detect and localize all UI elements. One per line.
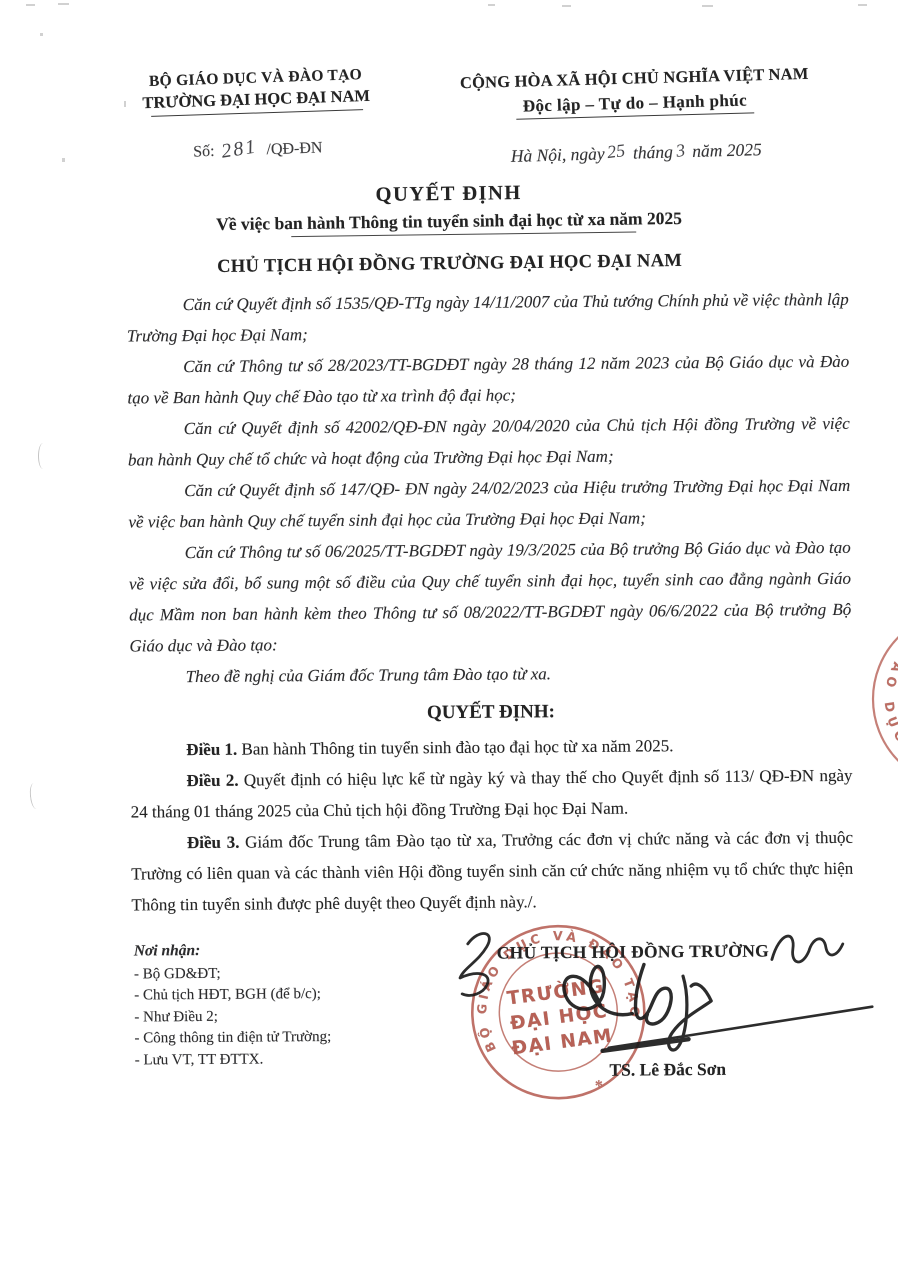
document-footer: Nơi nhận: - Bộ GD&ĐT; - Chủ tịch HĐT, BG… [132, 929, 856, 1160]
dateline-suffix: năm 2025 [692, 139, 762, 161]
signature-left-flourish [460, 933, 490, 995]
article-2: Điều 2. Quyết định có hiệu lực kể từ ngà… [130, 760, 852, 828]
document-body: Căn cứ Quyết định số 1535/QĐ-TTg ngày 14… [127, 284, 854, 921]
document-page: BỘ GIÁO DỤC VÀ ĐÀO TẠO TRƯỜNG ĐẠI HỌC ĐẠ… [0, 0, 898, 1267]
decision-heading: QUYẾT ĐỊNH: [130, 694, 852, 731]
recital-paragraph: Theo đề nghị của Giám đốc Trung tâm Đào … [130, 656, 852, 693]
recipients-block: Nơi nhận: - Bộ GD&ĐT; - Chủ tịch HĐT, BG… [134, 939, 332, 1072]
article-2-text: Quyết định có hiệu lực kể từ ngày ký và … [131, 766, 853, 822]
recital-paragraph: Căn cứ Quyết định số 1535/QĐ-TTg ngày 14… [127, 284, 849, 352]
article-3-text: Giám đốc Trung tâm Đào tạo từ xa, Trưởng… [131, 828, 853, 915]
place-dateline: Hà Nội, ngày25 tháng3 năm 2025 [420, 137, 852, 170]
dateline-day-handwritten: 25 [606, 140, 626, 163]
recipient-item: - Công thông tin điện tử Trường; [134, 1027, 331, 1050]
issuing-authority-title: CHỦ TỊCH HỘI ĐỒNG TRƯỜNG ĐẠI HỌC ĐẠI NAM [1, 248, 898, 281]
recipient-item: - Lưu VT, TT ĐTTX. [135, 1048, 332, 1071]
article-1-label: Điều 1. [186, 740, 237, 759]
document-number-label: Số: [193, 143, 215, 161]
document-number-handwritten: 281 [220, 135, 259, 163]
article-3-label: Điều 3. [187, 833, 240, 852]
article-1-text: Ban hành Thông tin tuyển sinh đào tạo đạ… [241, 736, 673, 758]
document-header: BỘ GIÁO DỤC VÀ ĐÀO TẠO TRƯỜNG ĐẠI HỌC ĐẠ… [0, 0, 898, 169]
recipients-label: Nơi nhận: [134, 939, 331, 962]
recital-paragraph: Căn cứ Thông tư số 06/2025/TT-BGDĐT ngày… [129, 532, 852, 662]
article-2-label: Điều 2. [186, 771, 238, 790]
dateline-month-handwritten: 3 [674, 140, 686, 162]
recital-paragraph: Căn cứ Thông tư số 28/2023/TT-BGDĐT ngày… [127, 346, 849, 414]
title-block: QUYẾT ĐỊNH Về việc ban hành Thông tin tu… [0, 177, 898, 281]
recital-paragraph: Căn cứ Quyết định số 147/QĐ- ĐN ngày 24/… [128, 470, 850, 538]
signature-main-loop [635, 964, 671, 1024]
signature-main-loop [564, 966, 633, 1015]
document-number-suffix: /QĐ-ĐN [266, 139, 323, 158]
dateline-mid: tháng [633, 142, 673, 163]
signer-name: TS. Lê Đắc Sơn [561, 1058, 775, 1081]
edge-stamp-ring-text: O GIÁO DỤC [882, 624, 898, 748]
article-3: Điều 3. Giám đốc Trung tâm Đào tạo từ xa… [131, 822, 854, 921]
recipient-item: - Chủ tịch HĐT, BGH (để b/c); [134, 984, 331, 1007]
national-motto-block: CỘNG HÒA XÃ HỘI CHỦ NGHĨA VIỆT NAM Độc l… [418, 63, 852, 170]
issuing-agency-block: BỘ GIÁO DỤC VÀ ĐÀO TẠO TRƯỜNG ĐẠI HỌC ĐẠ… [98, 64, 416, 171]
document-number: Số:281/QĐ-ĐN [100, 132, 416, 165]
svg-text:O GIÁO DỤC: O GIÁO DỤC [882, 624, 898, 748]
dateline-prefix: Hà Nội, ngày [511, 143, 605, 166]
recipient-item: - Bộ GD&ĐT; [134, 962, 331, 985]
edge-partial-stamp: O GIÁO DỤC [841, 593, 898, 809]
recipient-item: - Như Điều 2; [134, 1005, 331, 1028]
signature-right-flourish [772, 936, 843, 963]
recital-paragraph: Căn cứ Quyết định số 42002/QĐ-ĐN ngày 20… [128, 408, 850, 476]
